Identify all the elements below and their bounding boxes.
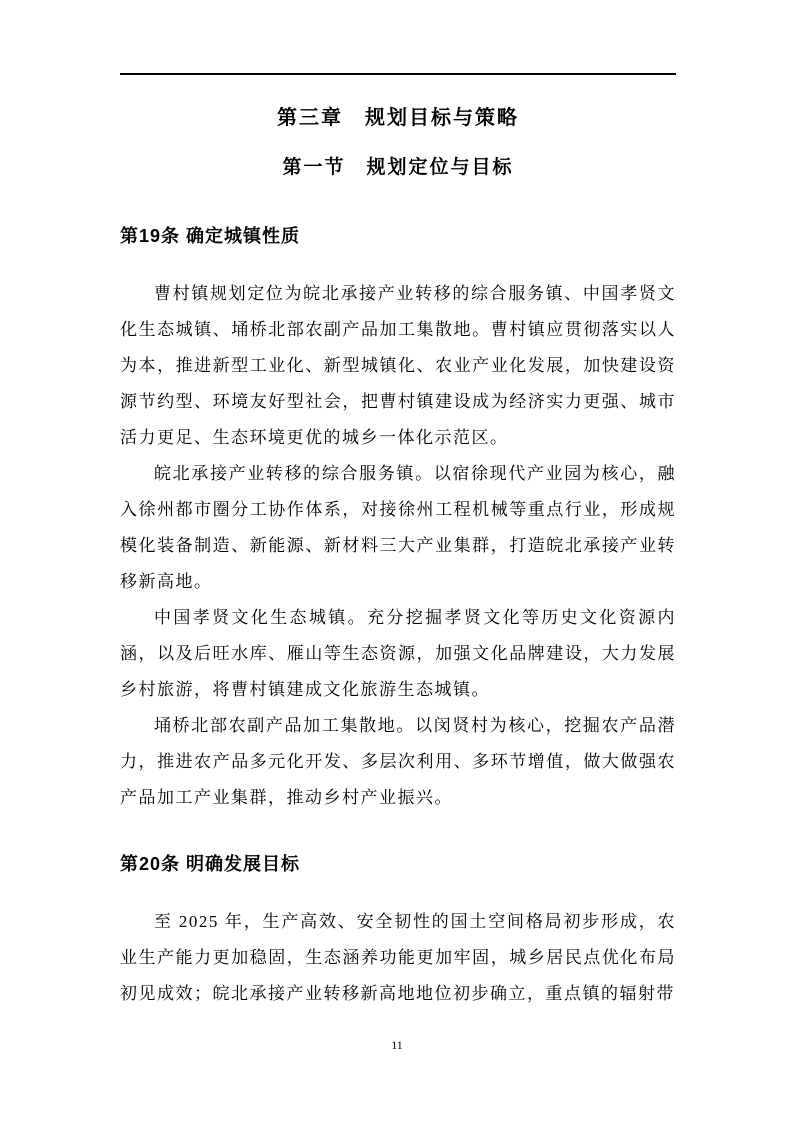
article-20-heading: 第20条 明确发展目标: [120, 852, 676, 876]
article-19-paragraph-3: 中国孝贤文化生态城镇。充分挖掘孝贤文化等历史文化资源内涵，以及后旺水库、雁山等生…: [120, 600, 676, 708]
article-20-paragraph-1: 至 2025 年，生产高效、安全韧性的国土空间格局初步形成，农业生产能力更加稳固…: [120, 904, 676, 1012]
page-content: 第三章 规划目标与策略 第一节 规划定位与目标 第19条 确定城镇性质 曹村镇规…: [120, 75, 676, 1012]
article-19-paragraph-4: 埇桥北部农副产品加工集散地。以闵贤村为核心，挖掘农产品潜力，推进农产品多元化开发…: [120, 708, 676, 816]
article-19-heading: 第19条 确定城镇性质: [120, 224, 676, 248]
page-number: 11: [0, 1038, 794, 1053]
article-19-paragraph-2: 皖北承接产业转移的综合服务镇。以宿徐现代产业园为核心，融入徐州都市圈分工协作体系…: [120, 456, 676, 600]
chapter-title: 第三章 规划目标与策略: [120, 105, 676, 131]
document-page: 第三章 规划目标与策略 第一节 规划定位与目标 第19条 确定城镇性质 曹村镇规…: [0, 0, 794, 1123]
article-19-paragraph-1: 曹村镇规划定位为皖北承接产业转移的综合服务镇、中国孝贤文化生态城镇、埇桥北部农副…: [120, 276, 676, 456]
section-title: 第一节 规划定位与目标: [120, 155, 676, 180]
